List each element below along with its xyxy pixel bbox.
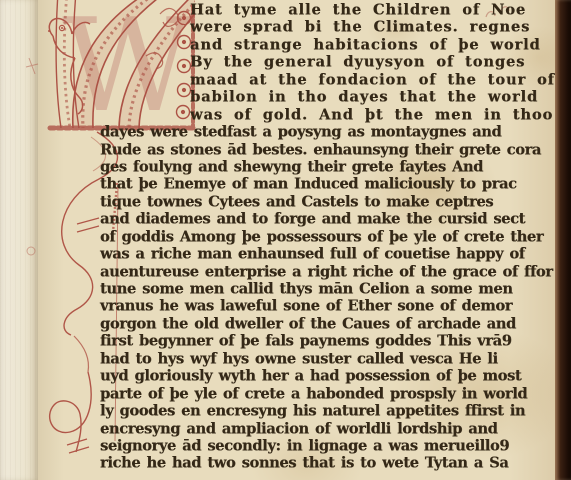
text-line: Hat tyme alle the Children of Noe [190,1,571,19]
text-line: ges foulyng and shewyng their grete fayt… [100,158,571,176]
text-line: seignorye ād secondly: in lignage a was … [100,437,571,455]
book-photo: W [0,0,571,480]
text-line: were sprad bi the Climates. regnes [190,18,571,36]
text-line: Rude as stones ād bestes. enhaunsyng the… [100,141,571,159]
text-line: uyd gloriously wyth her a had possession… [100,367,571,385]
text-line: encresyng and ampliacion of worldli lord… [100,420,571,438]
text-line: was of gold. And þt the men in thoo [190,106,571,124]
text-line: that þe Enemye of man Induced maliciousl… [100,175,571,193]
text-line: dayes were stedfast a poysyng as montayg… [100,123,571,141]
text-line: gorgon the old dweller of the Caues of a… [100,315,571,333]
text-line: first begynner of þe fals paynems goddes… [100,332,571,350]
text-line: tique townes Cytees and Castels to make … [100,193,571,211]
text-line: and strange habitacions of þe world [190,36,571,54]
text-line: auentureuse enterprise a right riche of … [100,263,571,281]
text-line: babilon in tho dayes that the world [190,88,571,106]
text-line: tune some men callid thys mān Celion a s… [100,280,571,298]
text-line: parte of þe yle of crete a habonded pros… [100,385,571,403]
text-line: of goddis Among þe possessours of þe yle… [100,228,571,246]
text-line: ly goodes en encresyng his naturel appet… [100,402,571,420]
text-line: was a riche man enhaunsed full of coueti… [100,245,571,263]
text-line: vranus he was laweful sone of Ether sone… [100,297,571,315]
text-line: had to hys wyf hys owne suster called ve… [100,350,571,368]
text-block: Hat tyme alle the Children of Noe were s… [0,1,571,472]
text-line: By the general dyuysyon of tonges [190,53,571,71]
text-line: maad at the fondacion of the tour of [190,71,571,89]
text-line: riche he had two sonnes that is to wete … [100,454,571,472]
text-line: and diademes and to forge and make the c… [100,210,571,228]
